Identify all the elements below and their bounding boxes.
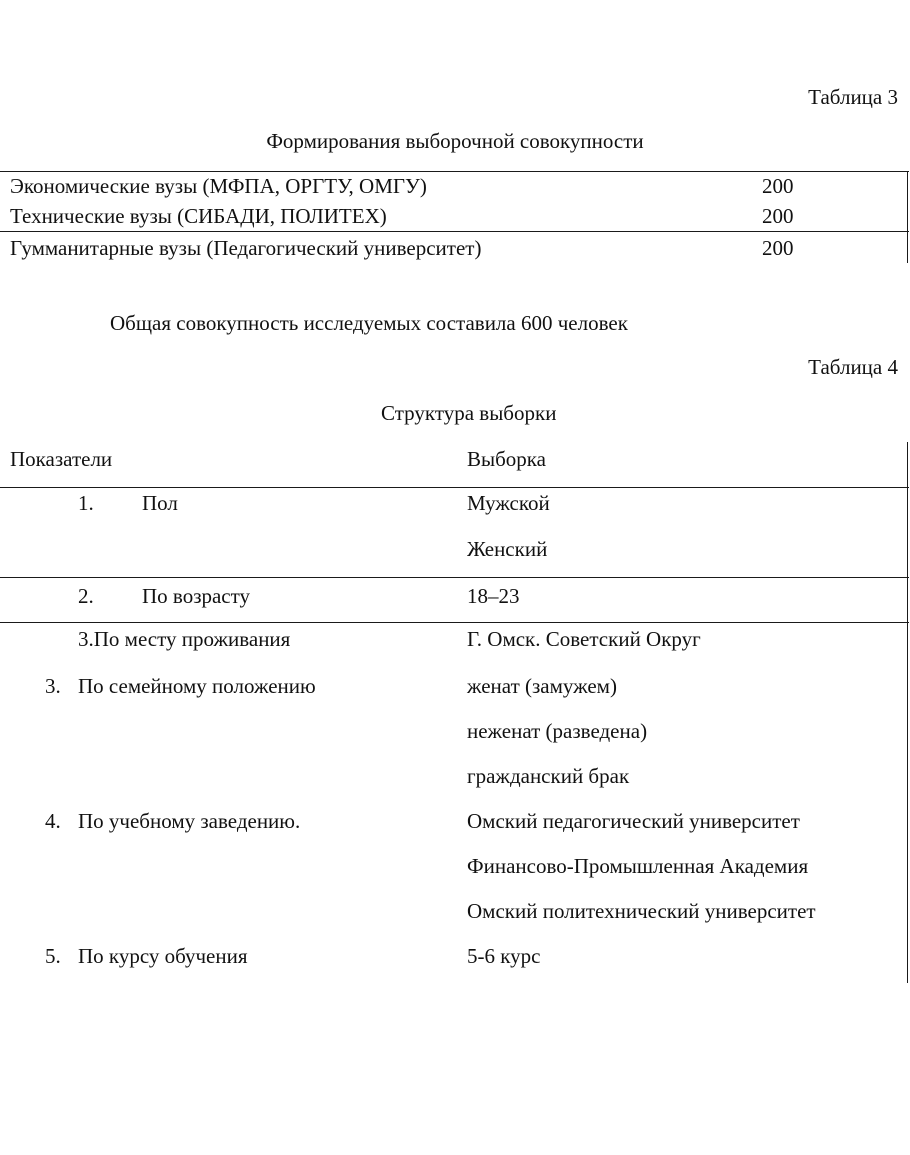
sample-summary: Общая совокупность исследуемых составила… (110, 313, 628, 334)
row-value: 18–23 (467, 586, 520, 607)
row-number: 5. (45, 946, 61, 967)
row-number: 1. (78, 493, 94, 514)
header-sample: Выборка (467, 449, 546, 470)
table3-row-value: 200 (762, 206, 794, 227)
row-value: неженат (разведена) (467, 721, 647, 742)
row-indicator: По курсу обучения (78, 946, 248, 967)
row-number: 2. (78, 586, 94, 607)
row-value: Финансово-Промышленная Академия (467, 856, 808, 877)
row-indicator: Пол (142, 493, 178, 514)
row-value: Омский педагогический университет (467, 811, 800, 832)
row-value: Омский политехнический университет (467, 901, 816, 922)
table3-row-divider (0, 231, 909, 232)
table3-right-border (907, 171, 908, 263)
table3-top-border (0, 171, 909, 172)
row-number: 4. (45, 811, 61, 832)
row-indicator: По семейному положению (78, 676, 316, 697)
row-indicator: По возрасту (142, 586, 250, 607)
table3-row-value: 200 (762, 238, 794, 259)
table3-title: Формирования выборочной совокупности (0, 131, 910, 152)
row-value: Мужской (467, 493, 550, 514)
table4-label: Таблица 4 (808, 357, 898, 378)
table4-header-divider (0, 487, 909, 488)
table4-row-divider (0, 622, 909, 623)
row-value: гражданский брак (467, 766, 629, 787)
table3-label: Таблица 3 (808, 87, 898, 108)
row-number: 3. (45, 676, 61, 697)
row-value: Г. Омск. Советский Округ (467, 629, 701, 650)
table4-right-border (907, 442, 908, 983)
table3-row-value: 200 (762, 176, 794, 197)
row-value: женат (замужем) (467, 676, 617, 697)
row-value: 5-6 курс (467, 946, 540, 967)
row-indicator: 3.По месту проживания (78, 629, 290, 650)
table3-row-name: Экономические вузы (МФПА, ОРГТУ, ОМГУ) (10, 176, 427, 197)
header-indicators: Показатели (10, 449, 112, 470)
table4-title: Структура выборки (381, 403, 556, 424)
row-value: Женский (467, 539, 547, 560)
row-indicator: По учебному заведению. (78, 811, 300, 832)
table4-row-divider (0, 577, 909, 578)
table3-row-name: Технические вузы (СИБАДИ, ПОЛИТЕХ) (10, 206, 387, 227)
table3-row-name: Гумманитарные вузы (Педагогический униве… (10, 238, 481, 259)
